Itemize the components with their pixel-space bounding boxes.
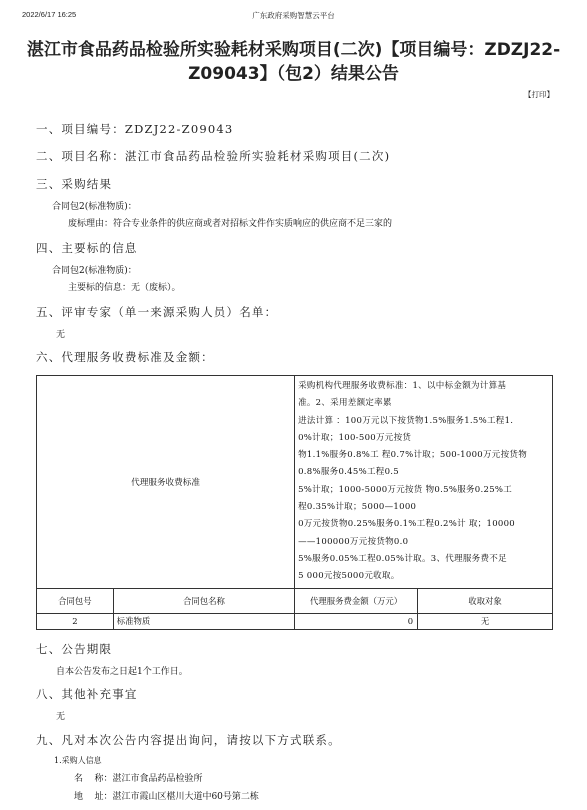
section-procurement-result: 三、采购结果 bbox=[36, 176, 112, 192]
subject-detail: 主要标的信息：无（废标）。 bbox=[68, 280, 181, 293]
table-row: 2 标准物质 0 无 bbox=[37, 613, 553, 629]
page-title: 湛江市食品药品检验所实验耗材采购项目(二次)【项目编号：ZDZJ22-Z0904… bbox=[0, 38, 587, 86]
fee-standard-line: 物1.1%服务0.8%工 程0.7%计取；500-1000万元按货物 bbox=[298, 447, 549, 464]
purchaser-info-title: 1.采购人信息 bbox=[54, 755, 102, 766]
fee-standard-text: 采购机构代理服务收费标准：1、以中标金额为计算基 准。2、采用差额定率累 进法计… bbox=[295, 376, 553, 589]
section-announcement-period: 七、公告期限 bbox=[36, 641, 112, 657]
section-experts: 五、评审专家（单一来源采购人员）名单： bbox=[36, 304, 277, 320]
section-project-name: 二、项目名称：湛江市食品药品检验所实验耗材采购项目(二次) bbox=[36, 148, 390, 164]
purchaser-name-label: 名 称： bbox=[74, 774, 112, 784]
subject-package: 合同包2(标准物质)： bbox=[52, 263, 137, 276]
fee-standard-line: 0.8%服务0.45%工程0.5 bbox=[298, 464, 549, 481]
fee-standard-line: ——100000万元按货物0.0 bbox=[298, 534, 549, 551]
cell-package-name: 标准物质 bbox=[113, 613, 294, 629]
cell-payer: 无 bbox=[418, 613, 553, 629]
cell-package-no: 2 bbox=[37, 613, 114, 629]
fee-standard-line: 0万元按货物0.25%服务0.1%工程0.2%计 取；10000 bbox=[298, 516, 549, 533]
result-reason: 废标理由：符合专业条件的供应商或者对招标文件作实质响应的供应商不足三家的 bbox=[68, 216, 392, 229]
agency-fee-table: 代理服务收费标准 采购机构代理服务收费标准：1、以中标金额为计算基 准。2、采用… bbox=[36, 375, 553, 630]
fee-standard-line: 5%计取；1000-5000万元按货 物0.5%服务0.25%工 bbox=[298, 482, 549, 499]
fee-standard-line: 进法计算 ：100万元以下按货物1.5%服务1.5%工程1. bbox=[298, 413, 549, 430]
announcement-period-content: 自本公告发布之日起1个工作日。 bbox=[56, 664, 188, 677]
fee-standard-line: 5%服务0.05%工程0.05%计取。3、代理服务费不足 bbox=[298, 551, 549, 568]
section-agency-fee: 六、代理服务收费标准及金额： bbox=[36, 349, 214, 365]
section-project-number: 一、项目编号：ZDZJ22-Z09043 bbox=[36, 121, 233, 137]
fee-standard-line: 采购机构代理服务收费标准：1、以中标金额为计算基 bbox=[298, 378, 549, 395]
site-name: 广东政府采购智慧云平台 bbox=[0, 10, 587, 21]
fee-standard-line: 程0.35%计取；5000—1000 bbox=[298, 499, 549, 516]
fee-table-header: 合同包号 合同包名称 代理服务费金额（万元） 收取对象 bbox=[37, 588, 553, 613]
column-header-fee-amount: 代理服务费金额（万元） bbox=[295, 588, 418, 613]
other-matters-content: 无 bbox=[56, 709, 65, 722]
purchaser-address: 地 址：湛江市霞山区椹川大道中60号第二栋 bbox=[74, 789, 259, 802]
column-header-package-no: 合同包号 bbox=[37, 588, 114, 613]
fee-standard-line: 5 000元按5000元收取。 bbox=[298, 568, 549, 585]
purchaser-name: 名 称：湛江市食品药品检验所 bbox=[74, 771, 202, 784]
purchaser-name-value: 湛江市食品药品检验所 bbox=[112, 774, 202, 784]
experts-content: 无 bbox=[56, 327, 65, 340]
print-link[interactable]: 【打印】 bbox=[524, 89, 554, 100]
fee-standard-label: 代理服务收费标准 bbox=[37, 376, 295, 589]
section-main-subject: 四、主要标的信息 bbox=[36, 240, 138, 256]
cell-fee-amount: 0 bbox=[295, 613, 418, 629]
section-other-matters: 八、其他补充事宜 bbox=[36, 686, 138, 702]
section-contact: 九、凡对本次公告内容提出询问，请按以下方式联系。 bbox=[36, 732, 341, 748]
column-header-payer: 收取对象 bbox=[418, 588, 553, 613]
fee-standard-line: 0%计取；100-500万元按货 bbox=[298, 430, 549, 447]
fee-standard-row: 代理服务收费标准 采购机构代理服务收费标准：1、以中标金额为计算基 准。2、采用… bbox=[37, 376, 553, 589]
purchaser-address-label: 地 址： bbox=[74, 792, 112, 802]
purchaser-address-value: 湛江市霞山区椹川大道中60号第二栋 bbox=[112, 792, 258, 802]
column-header-package-name: 合同包名称 bbox=[113, 588, 294, 613]
result-package: 合同包2(标准物质)： bbox=[52, 199, 137, 212]
fee-standard-line: 准。2、采用差额定率累 bbox=[298, 395, 549, 412]
